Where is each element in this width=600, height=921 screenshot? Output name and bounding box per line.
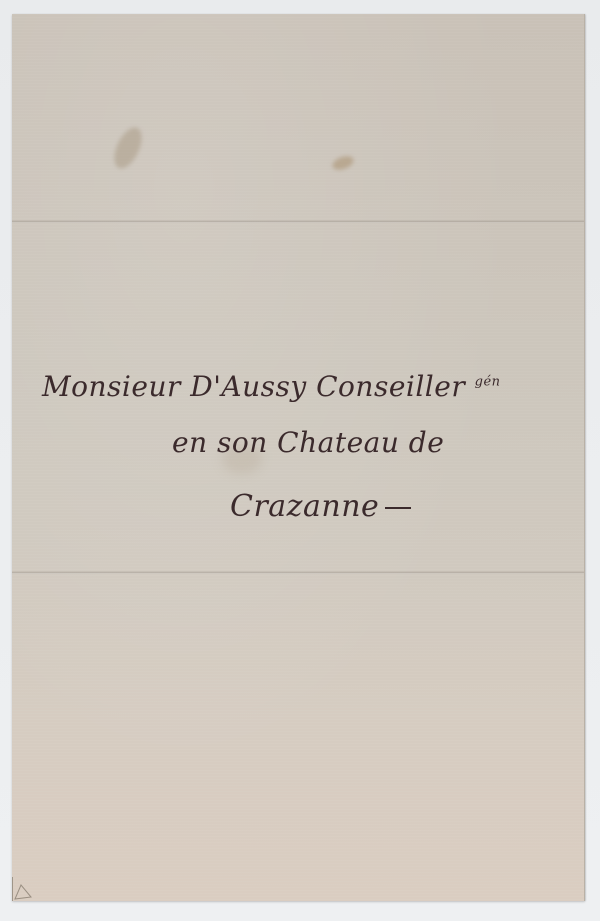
address-line-place: Crazanne (230, 489, 411, 524)
address-line-residence: en son Chateau de (172, 426, 444, 459)
recipient-title-abbrev: gén (475, 375, 501, 390)
paper-sheet: Monsieur D'Aussy Conseiller gén en son C… (12, 14, 585, 901)
stain-mark (109, 123, 148, 172)
fold-crease-bottom (12, 571, 584, 574)
recipient-text: Monsieur D'Aussy Conseiller (42, 370, 465, 403)
address-line-recipient: Monsieur D'Aussy Conseiller gén (42, 370, 501, 403)
place-text: Crazanne (230, 489, 379, 524)
corner-fold-icon (12, 877, 35, 901)
stain-mark (331, 154, 356, 173)
flourish-dash (385, 507, 411, 509)
fold-crease-top (12, 220, 584, 223)
photo-background: Monsieur D'Aussy Conseiller gén en son C… (0, 0, 600, 921)
